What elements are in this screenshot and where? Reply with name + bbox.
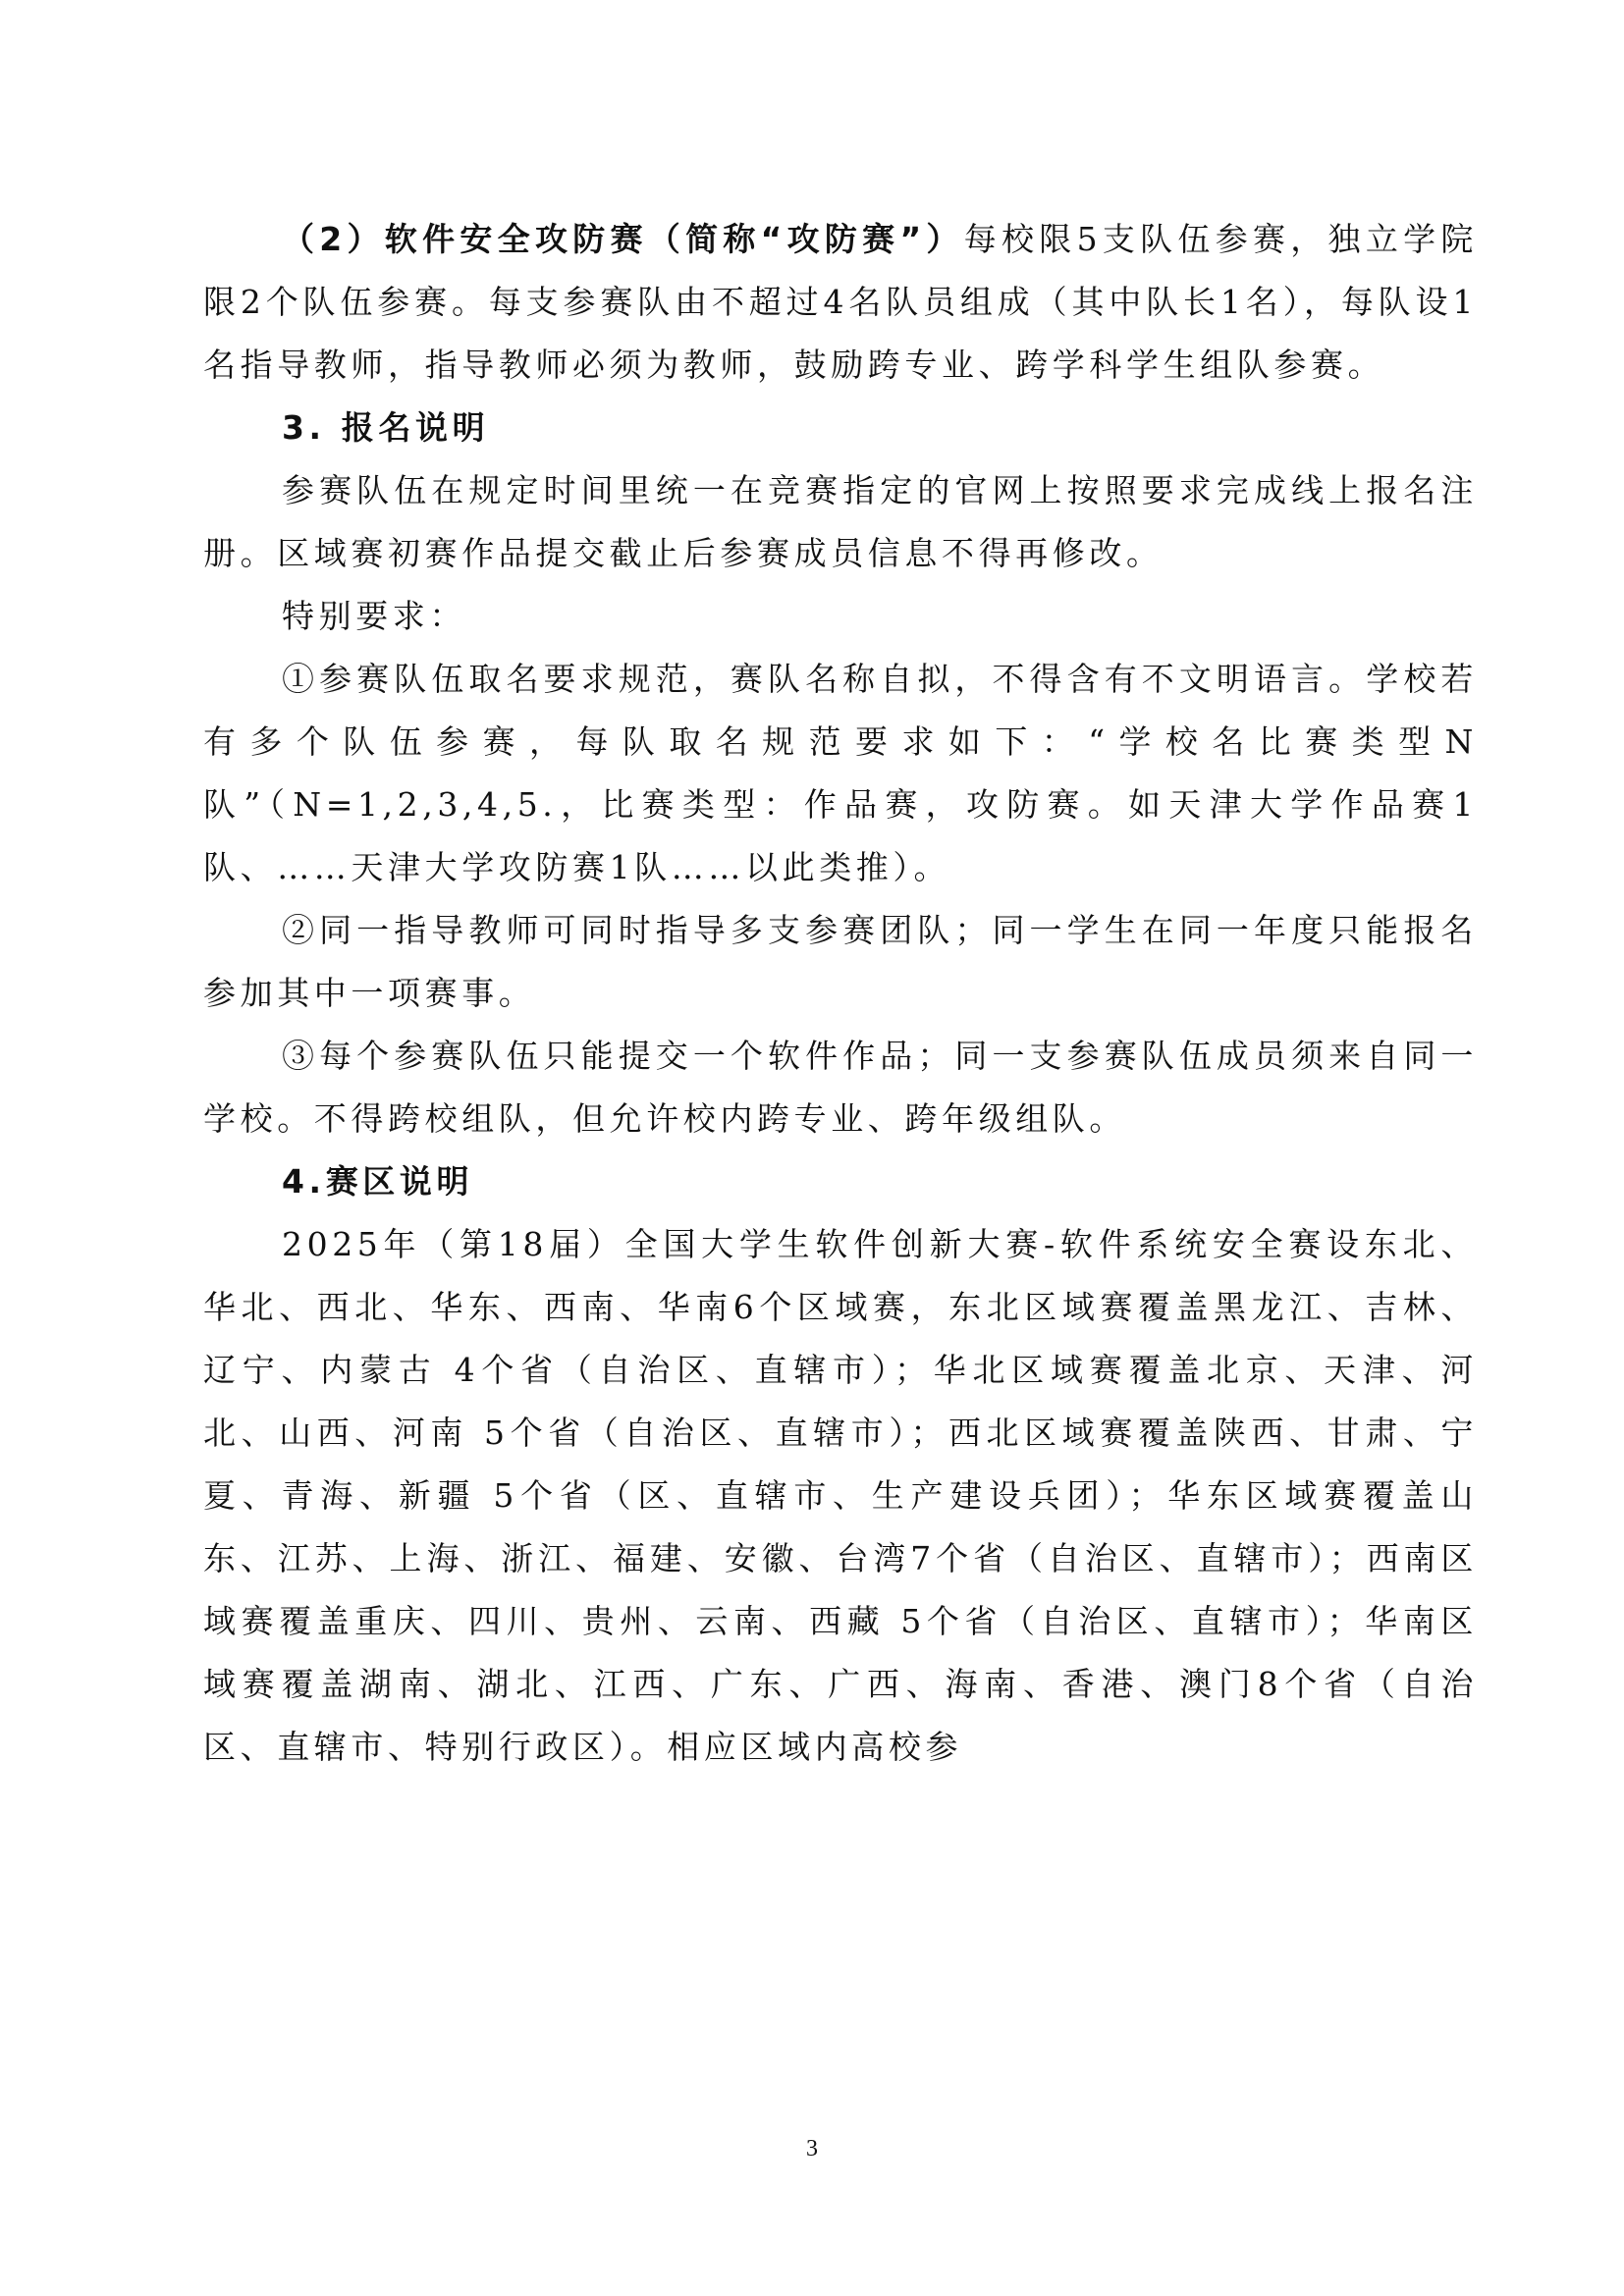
paragraph-registration: 参赛队伍在规定时间里统一在竞赛指定的官网上按照要求完成线上报名注册。区域赛初赛作…	[203, 459, 1478, 585]
paragraph-lead-bold: （2）软件安全攻防赛（简称“攻防赛”）	[282, 220, 964, 258]
page-number: 3	[0, 2136, 1624, 2163]
document-page: （2）软件安全攻防赛（简称“攻防赛”）每校限5支队伍参赛，独立学院限2个队伍参赛…	[203, 208, 1478, 1779]
paragraph-requirement-2: ②同一指导教师可同时指导多支参赛团队；同一学生在同一年度只能报名参加其中一项赛事…	[203, 899, 1478, 1025]
paragraph-requirement-1: ①参赛队伍取名要求规范，赛队名称自拟，不得含有不文明语言。学校若有多个队伍参赛，…	[203, 648, 1478, 899]
paragraph-requirement-3: ③每个参赛队伍只能提交一个软件作品；同一支参赛队伍成员须来自同一学校。不得跨校组…	[203, 1025, 1478, 1150]
paragraph-regions: 2025年（第18届）全国大学生软件创新大赛-软件系统安全赛设东北、华北、西北、…	[203, 1213, 1478, 1779]
paragraph-attack-defense-rules: （2）软件安全攻防赛（简称“攻防赛”）每校限5支队伍参赛，独立学院限2个队伍参赛…	[203, 208, 1478, 397]
section-heading-regions: 4.赛区说明	[203, 1150, 1478, 1213]
section-heading-registration: 3. 报名说明	[203, 397, 1478, 459]
paragraph-special-requirements-label: 特别要求：	[203, 585, 1478, 648]
